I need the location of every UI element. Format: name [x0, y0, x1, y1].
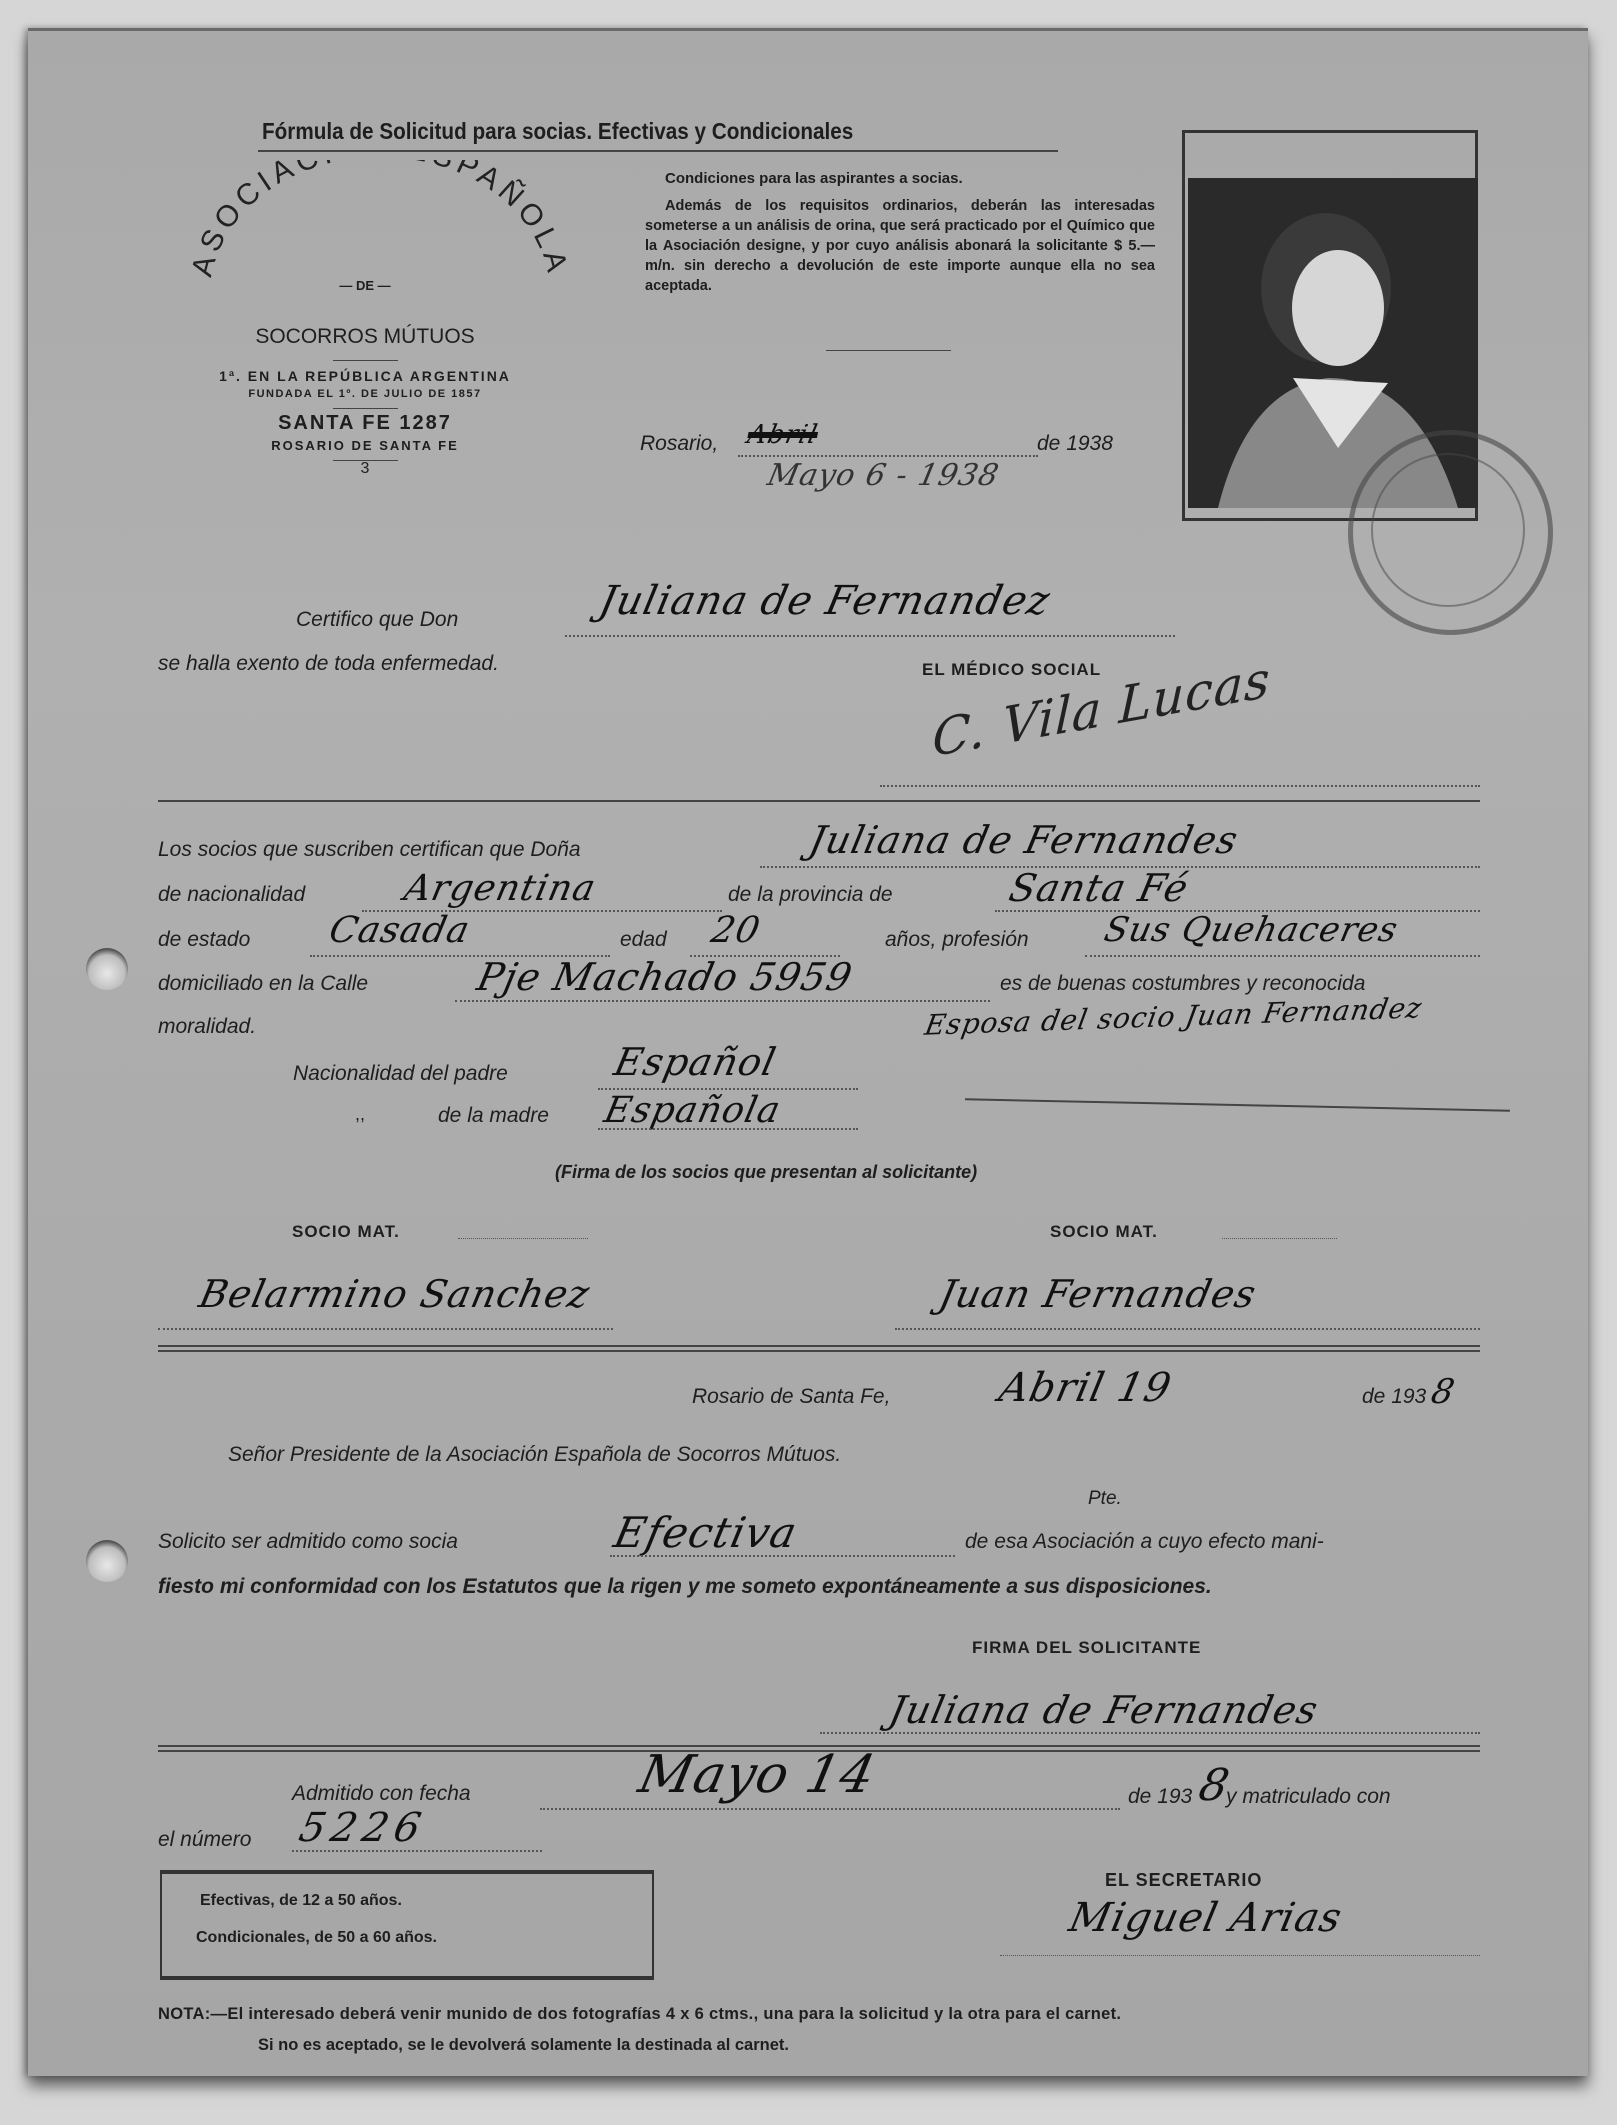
years-label: años, profesión	[885, 928, 1029, 952]
sponsor-2-label: SOCIO MAT.	[1050, 1222, 1158, 1242]
number-label: el número	[158, 1828, 251, 1852]
applicant-signature: Juliana de Fernandes	[885, 1688, 1322, 1732]
letterhead-mark: 3	[150, 460, 580, 478]
conditions-body: Además de los requisitos ordinarios, deb…	[645, 196, 1155, 296]
application-place: Rosario de Santa Fe,	[692, 1385, 890, 1409]
cert-name: Juliana de Fernandes	[805, 818, 1242, 862]
nationality-label: de nacionalidad	[158, 883, 305, 907]
street-line	[455, 1000, 990, 1002]
sponsor-2-signature-line	[895, 1328, 1480, 1330]
marital-value: Casada	[326, 910, 474, 951]
membership-type-line	[610, 1555, 955, 1557]
mother-label: de la madre	[438, 1104, 549, 1128]
medical-statement: se halla exento de toda enfermedad.	[158, 652, 499, 676]
section-rule-1	[158, 800, 1480, 802]
letterhead-de: — DE —	[150, 278, 580, 293]
conditions-heading: Condiciones para las aspirantes a socias…	[665, 170, 963, 187]
form-title: Fórmula de Solicitud para socias. Efecti…	[262, 118, 853, 145]
punch-hole-top	[86, 948, 128, 990]
mother-prefix: ,,	[355, 1104, 365, 1125]
profession-value: Sus Quehaceres	[1101, 910, 1402, 950]
note-line-2: Si no es aceptado, se le devolverá solam…	[258, 2036, 789, 2055]
medical-name-line	[565, 635, 1175, 637]
admission-date: Mayo 14	[634, 1745, 881, 1805]
conditions-rule	[826, 350, 951, 351]
letterhead-address: SANTA FE 1287	[150, 412, 580, 435]
mother-value: Española	[601, 1090, 785, 1131]
letterhead-line1: 1ª. EN LA REPÚBLICA ARGENTINA	[150, 368, 580, 384]
letterhead-rule-2	[333, 408, 398, 409]
section-rule-2	[158, 1345, 1480, 1352]
letterhead: ASOCIACION ESPAÑOLA — DE — SOCORROS MÚTU…	[150, 160, 580, 520]
medical-signature-line	[880, 785, 1480, 787]
mother-line	[598, 1128, 858, 1130]
father-value: Español	[610, 1040, 780, 1084]
admission-label: Admitido con fecha	[292, 1782, 471, 1806]
applicant-signature-line	[820, 1732, 1480, 1734]
letterhead-rule-1	[333, 360, 398, 361]
street-label: domiciliado en la Calle	[158, 972, 368, 996]
admission-registered: y matriculado con	[1226, 1785, 1391, 1809]
arc-title: ASOCIACION ESPAÑOLA	[150, 160, 580, 320]
addressee: Señor Presidente de la Asociación Españo…	[228, 1443, 841, 1467]
letterhead-line2: FUNDADA EL 1º. DE JULIO DE 1857	[150, 388, 580, 400]
sponsors-caption: (Firma de los socios que presentan al so…	[555, 1162, 977, 1183]
date-suffix: de 1938	[1037, 432, 1113, 456]
date-handwritten: Mayo 6 - 1938	[764, 458, 1002, 493]
father-label: Nacionalidad del padre	[293, 1062, 508, 1086]
date-struck: Abril	[745, 420, 821, 450]
request-line-1: Solicito ser admitido como socia	[158, 1530, 458, 1554]
punch-hole-bottom	[86, 1540, 128, 1582]
sponsor-2-signature: Juan Fernandes	[935, 1272, 1260, 1316]
applicant-signer-title: FIRMA DEL SOLICITANTE	[972, 1638, 1201, 1658]
medical-signer: EL MÉDICO SOCIAL	[922, 660, 1101, 680]
age-requirements-box: Efectivas, de 12 a 50 años. Condicionale…	[160, 1870, 654, 1980]
morals-line-1: es de buenas costumbres y reconocida	[1000, 972, 1365, 996]
application-date: Abril 19	[995, 1365, 1176, 1411]
membership-type: Efectiva	[610, 1508, 802, 1557]
medical-name: Juliana de Fernandez	[595, 578, 1054, 624]
sponsor-1-signature-line	[158, 1328, 613, 1330]
age-value: 20	[708, 910, 765, 951]
letterhead-name: SOCORROS MÚTUOS	[150, 325, 580, 349]
province-value: Santa Fé	[1005, 866, 1192, 910]
admission-date-line	[540, 1808, 1120, 1810]
request-line-3: fiesto mi conformidad con los Estatutos …	[158, 1575, 1212, 1599]
number-line	[292, 1850, 542, 1852]
association-stamp	[1348, 430, 1553, 635]
title-underline	[258, 150, 1058, 152]
svg-text:ASOCIACION ESPAÑOLA: ASOCIACION ESPAÑOLA	[185, 160, 574, 280]
secretary-signature-line	[1000, 1955, 1480, 1956]
province-label: de la provincia de	[728, 883, 893, 907]
sponsor-1-mat-line	[458, 1238, 588, 1239]
application-year-prefix: de 193	[1362, 1385, 1426, 1409]
cert-intro: Los socios que suscriben certifican que …	[158, 838, 581, 862]
date-prefix: Rosario,	[640, 432, 718, 456]
nationality-value: Argentina	[401, 868, 600, 909]
date-line	[738, 455, 1038, 457]
sponsor-1-signature: Belarmino Sanchez	[195, 1272, 594, 1316]
medical-label: Certifico que Don	[296, 608, 458, 632]
note-line-1: NOTA:—El interesado deberá venir munido …	[158, 2005, 1121, 2024]
age-box-line-2: Condicionales, de 50 a 60 años.	[196, 1929, 437, 1947]
registration-number: 5226	[295, 1805, 431, 1851]
sponsor-1-label: SOCIO MAT.	[292, 1222, 400, 1242]
sponsor-2-mat-line	[1222, 1238, 1337, 1239]
marital-label: de estado	[158, 928, 250, 952]
profession-line	[1085, 955, 1480, 957]
request-line-2: de esa Asociación a cuyo efecto mani-	[965, 1530, 1324, 1554]
admission-year-prefix: de 193	[1128, 1785, 1192, 1809]
age-label: edad	[620, 928, 667, 952]
letterhead-city: ROSARIO DE SANTA FE	[150, 438, 580, 453]
street-value: Pje Machado 5959	[473, 955, 856, 999]
age-box-line-1: Efectivas, de 12 a 50 años.	[200, 1892, 402, 1910]
secretary-title: EL SECRETARIO	[1105, 1870, 1262, 1891]
morals-line-2: moralidad.	[158, 1015, 256, 1039]
secretary-signature: Miguel Arias	[1065, 1895, 1346, 1941]
pte-label: Pte.	[1088, 1488, 1122, 1510]
